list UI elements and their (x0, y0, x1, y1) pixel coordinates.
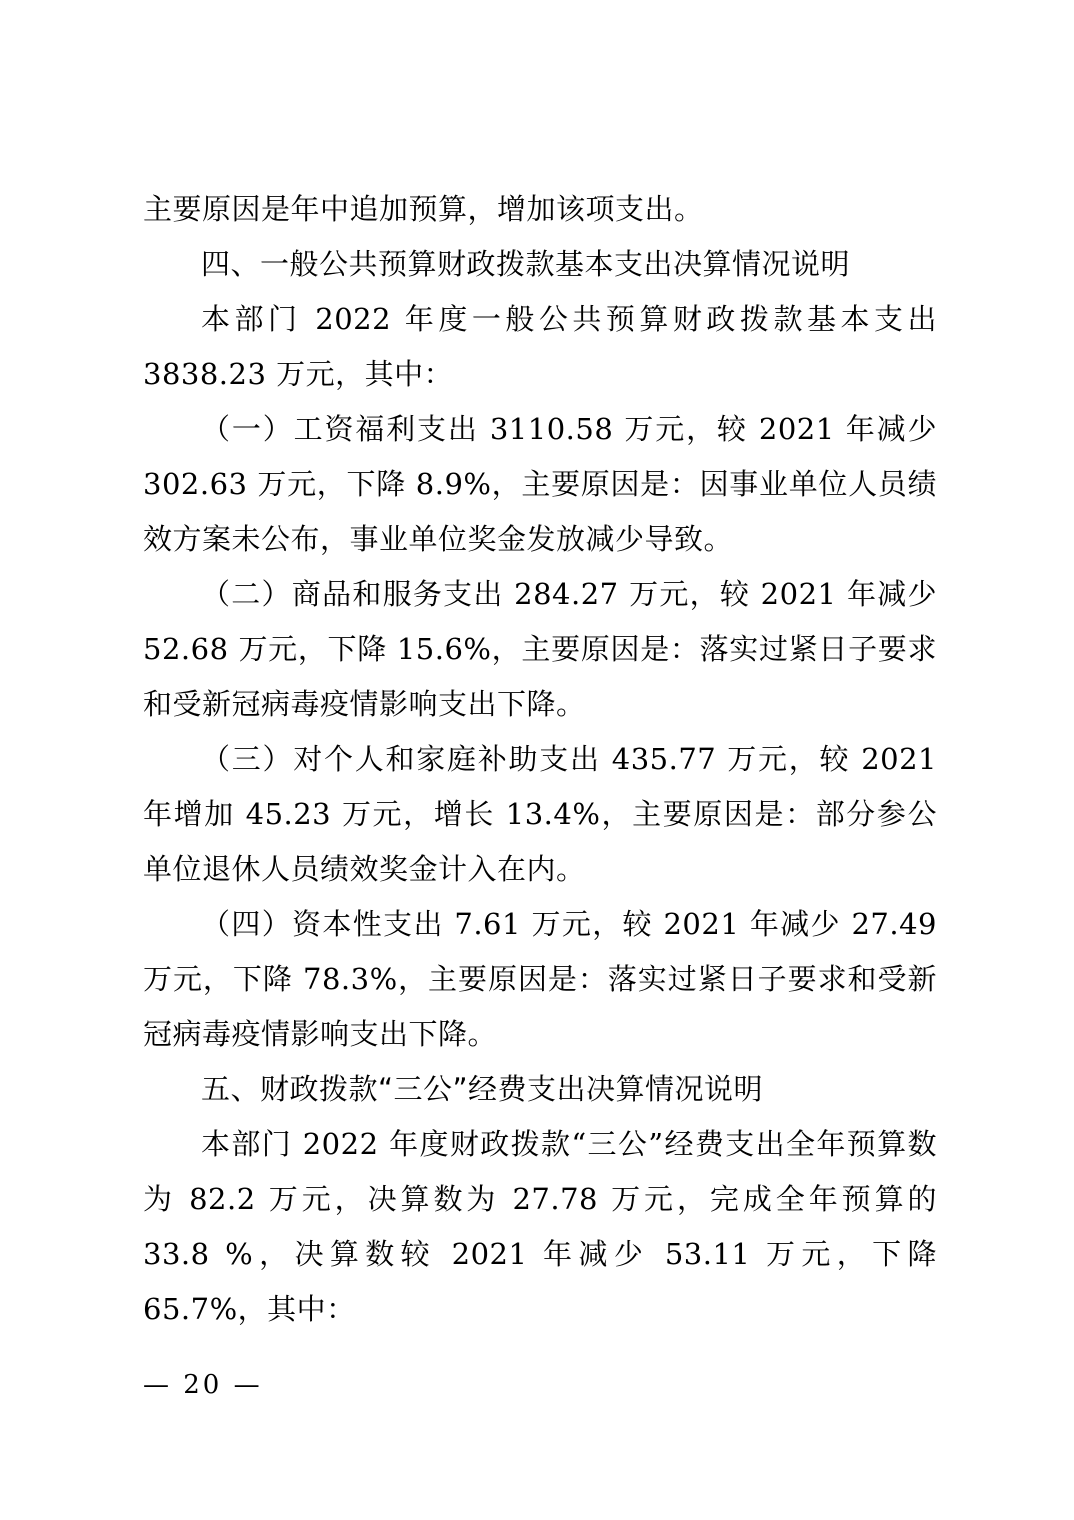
page-number: — 20 — (143, 1370, 263, 1400)
paragraph-continuation: 主要原因是年中追加预算，增加该项支出。 (143, 182, 937, 237)
document-page: 主要原因是年中追加预算，增加该项支出。 四、一般公共预算财政拨款基本支出决算情况… (0, 0, 1074, 1520)
section4-item4-paragraph: （四）资本性支出 7.61 万元，较 2021 年减少 27.49 万元，下降 … (143, 897, 937, 1062)
section4-item3-paragraph: （三）对个人和家庭补助支出 435.77 万元，较 2021 年增加 45.23… (143, 732, 937, 897)
section4-item1-paragraph: （一）工资福利支出 3110.58 万元，较 2021 年减少 302.63 万… (143, 402, 937, 567)
section5-intro-paragraph: 本部门 2022 年度财政拨款“三公”经费支出全年预算数为 82.2 万元，决算… (143, 1117, 937, 1337)
section4-item2-paragraph: （二）商品和服务支出 284.27 万元，较 2021 年减少 52.68 万元… (143, 567, 937, 732)
section4-intro-paragraph: 本部门 2022 年度一般公共预算财政拨款基本支出 3838.23 万元，其中： (143, 292, 937, 402)
document-body: 主要原因是年中追加预算，增加该项支出。 四、一般公共预算财政拨款基本支出决算情况… (143, 182, 937, 1337)
section-heading-5: 五、财政拨款“三公”经费支出决算情况说明 (143, 1062, 937, 1117)
section-heading-4: 四、一般公共预算财政拨款基本支出决算情况说明 (143, 237, 937, 292)
